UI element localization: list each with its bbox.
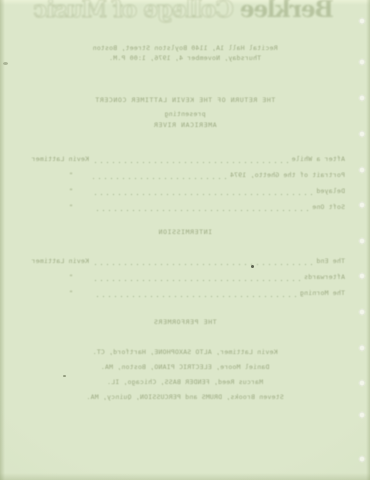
composer-name: Kevin Lattimer bbox=[25, 257, 89, 266]
paper-speck bbox=[251, 265, 254, 268]
piece-title: Delayed bbox=[316, 187, 345, 196]
program-row: After a While Kevin Lattimer bbox=[25, 154, 345, 164]
venue-line: Recital Hall 1A, 1140 Boylston Street, B… bbox=[0, 44, 370, 53]
program-row: Portrait of the Ghetto, 1974 " bbox=[25, 170, 345, 180]
intermission-heading: INTERMISSION bbox=[0, 228, 370, 237]
composer-ditto: " bbox=[25, 203, 89, 212]
piece-title: Soft One bbox=[312, 203, 345, 212]
piece-title: Portrait of the Ghetto, 1974 bbox=[230, 171, 345, 180]
punch-hole bbox=[359, 309, 365, 315]
scanned-paper-page: Berklee College of Music Recital Hall 1A… bbox=[0, 0, 370, 480]
punch-hole bbox=[359, 59, 365, 65]
date-line: Thursday, November 4, 1976, 1:00 P.M. bbox=[0, 54, 370, 63]
dotted-leader bbox=[93, 209, 308, 211]
performer-line: Daniel Moore, ELECTRIC PIANO, Boston, MA… bbox=[0, 363, 370, 372]
program-row: Afterwards " bbox=[25, 272, 345, 282]
presenting-line: presenting bbox=[0, 110, 370, 119]
punch-hole bbox=[359, 412, 365, 418]
presenter-name: AMERICAN RIVER bbox=[0, 121, 370, 130]
masthead-words-college-of-music: College of Music bbox=[34, 0, 241, 23]
composer-ditto: " bbox=[25, 289, 89, 298]
paper-speck bbox=[3, 62, 8, 65]
program-row: The Morning " bbox=[25, 288, 345, 298]
composer-name: Kevin Lattimer bbox=[25, 155, 89, 164]
punch-hole bbox=[359, 380, 365, 386]
punch-hole bbox=[359, 131, 365, 137]
punch-hole bbox=[359, 345, 365, 351]
composer-ditto: " bbox=[25, 273, 89, 282]
program-row: Delayed " bbox=[25, 186, 345, 196]
punch-hole bbox=[359, 273, 365, 279]
piece-title: After a While bbox=[292, 155, 345, 164]
dotted-leader bbox=[93, 193, 312, 195]
mirrored-showthrough-layer: Berklee College of Music Recital Hall 1A… bbox=[0, 0, 370, 480]
program-row: The End Kevin Lattimer bbox=[25, 256, 345, 266]
punch-hole bbox=[359, 238, 365, 244]
dotted-leader bbox=[93, 295, 296, 297]
performer-line: Marcus Reed, FENDER BASS, Chicago, IL. bbox=[0, 378, 370, 387]
masthead-word-berklee: Berklee bbox=[241, 0, 334, 23]
dotted-leader bbox=[93, 279, 300, 281]
composer-ditto: " bbox=[25, 187, 89, 196]
performers-heading: THE PERFORMERS bbox=[0, 318, 370, 327]
program-heading: THE RETURN OF THE KEVIN LATTIMER CONCERT bbox=[0, 96, 370, 105]
dotted-leader bbox=[93, 161, 288, 163]
program-row: Soft One " bbox=[25, 202, 345, 212]
punch-hole bbox=[359, 456, 365, 462]
dotted-leader bbox=[93, 177, 226, 179]
performer-line: Steven Brooks, DRUMS and PERCUSSION, Qui… bbox=[0, 393, 370, 402]
punch-hole bbox=[359, 167, 365, 173]
masthead-title: Berklee College of Music bbox=[12, 5, 356, 14]
paper-speck bbox=[63, 375, 66, 377]
composer-ditto: " bbox=[25, 171, 89, 180]
punch-hole bbox=[359, 95, 365, 101]
punch-hole bbox=[359, 18, 365, 24]
punch-hole bbox=[359, 202, 365, 208]
piece-title: The Morning bbox=[300, 289, 345, 298]
performer-line: Kevin Lattimer, ALTO SAXOPHONE, Hartford… bbox=[0, 348, 370, 357]
piece-title: Afterwards bbox=[304, 273, 345, 282]
dotted-leader bbox=[93, 263, 312, 265]
piece-title: The End bbox=[316, 257, 345, 266]
